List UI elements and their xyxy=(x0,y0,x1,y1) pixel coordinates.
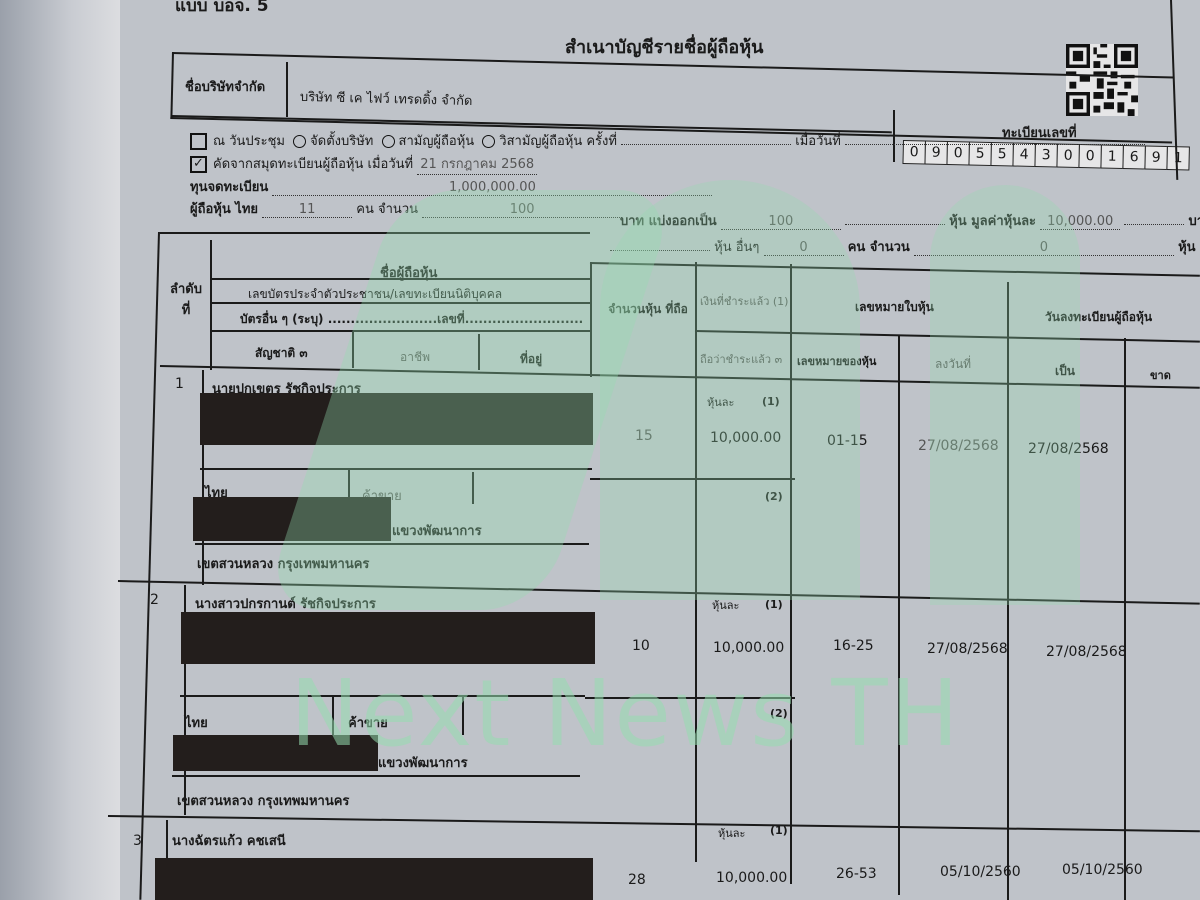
radio-establish-label: จัดตั้งบริษัท xyxy=(310,134,373,149)
row-address-line2: เขตสวนหลวง กรุงเทพมหานคร xyxy=(177,790,349,811)
meeting-checkbox[interactable] xyxy=(190,133,207,150)
row-paid: 10,000.00 xyxy=(713,640,784,656)
radio-extraordinary[interactable] xyxy=(482,135,495,148)
meeting-option-row: ณ วันประชุม จัดตั้งบริษัท สามัญผู้ถือหุ้… xyxy=(190,130,1145,151)
divider xyxy=(898,335,900,895)
dotted-fill xyxy=(845,224,945,225)
extract-date-field[interactable]: 21 กรกฎาคม 2568 xyxy=(417,153,537,175)
holders-thai-label: ผู้ถือหุ้น ไทย xyxy=(190,202,258,217)
row-shares: 10 xyxy=(632,638,650,654)
radio-establish[interactable] xyxy=(293,135,306,148)
form-code: แบบ บอจ. 5 xyxy=(175,0,269,19)
document-title: สำเนาบัญชีรายชื่อผู้ถือหุ้น xyxy=(565,32,763,61)
baht-unit: บาท xyxy=(1188,214,1200,229)
divider xyxy=(210,240,212,370)
registration-digit: 9 xyxy=(1144,145,1168,170)
row-became: 27/08/2568 xyxy=(1046,644,1127,660)
divider xyxy=(286,62,288,117)
row-seq: 3 xyxy=(133,833,142,849)
persons-amount-label-2: คน จำนวน xyxy=(848,240,910,255)
row-dated: 27/08/2568 xyxy=(927,641,1008,657)
watermark-text: Next News TH xyxy=(290,660,961,767)
header-cert-number: เลขหมายใบหุ้น xyxy=(855,298,934,317)
radio-extraordinary-label: วิสามัญผู้ถือหุ้น ครั้งที่ xyxy=(499,134,617,149)
row-mark1: (1) xyxy=(770,824,788,837)
meeting-number-field[interactable] xyxy=(621,144,791,145)
row-nationality: ไทย xyxy=(185,712,208,733)
row-name: นางฉัตรแก้ว คชเสนี xyxy=(172,830,286,851)
row-seq: 2 xyxy=(150,592,159,608)
redacted-id xyxy=(181,612,595,664)
row-paid: 10,000.00 xyxy=(716,870,787,886)
shares-unit: หุ้น xyxy=(1178,240,1195,255)
header-nationality: สัญชาติ ๓ xyxy=(255,344,308,363)
holders-thai-value: 11 xyxy=(262,202,352,218)
document-page: แบบ บอจ. 5 สำเนาบัญชีรายชื่อผู้ถือหุ้น ช… xyxy=(0,0,1200,900)
row-share-numbers: 16-25 xyxy=(833,638,874,654)
extract-checkbox-label: คัดจากสมุดทะเบียนผู้ถือหุ้น เมื่อวันที่ xyxy=(213,157,413,172)
divider xyxy=(1124,338,1126,900)
radio-ordinary[interactable] xyxy=(382,135,395,148)
radio-ordinary-label: สามัญผู้ถือหุ้น xyxy=(399,134,475,149)
watermark-logo-shape xyxy=(930,185,1080,605)
dotted-fill xyxy=(1124,224,1184,225)
registered-capital-label: ทุนจดทะเบียน xyxy=(190,180,268,195)
extract-checkbox[interactable]: ✓ xyxy=(190,156,207,173)
row-seq: 1 xyxy=(175,376,184,392)
row-shares: 28 xyxy=(628,872,646,888)
meeting-date-field[interactable] xyxy=(845,144,1145,145)
registration-digit: 1 xyxy=(1166,146,1190,171)
table-left-border xyxy=(139,232,160,900)
row-share-numbers: 26-53 xyxy=(836,866,877,882)
row-became: 05/10/2560 xyxy=(1062,862,1143,878)
header-ceased: ขาด xyxy=(1150,366,1171,384)
meeting-date-label: เมื่อวันที่ xyxy=(795,134,841,149)
company-label: ชื่อบริษัทจำกัด xyxy=(185,76,265,97)
divider xyxy=(172,775,580,777)
meeting-checkbox-label: ณ วันประชุม xyxy=(213,134,285,149)
header-seq: ลำดับ ที่ xyxy=(166,278,206,320)
row-dated: 05/10/2560 xyxy=(940,864,1021,880)
company-name: บริษัท ซี เค ไฟว์ เทรดดิ้ง จำกัด xyxy=(300,86,473,111)
redacted-id xyxy=(155,858,593,900)
extract-option-row: ✓คัดจากสมุดทะเบียนผู้ถือหุ้น เมื่อวันที่… xyxy=(190,153,537,175)
row-per-share-label: หุ้นละ xyxy=(718,824,745,842)
watermark-logo-shape xyxy=(600,180,860,600)
